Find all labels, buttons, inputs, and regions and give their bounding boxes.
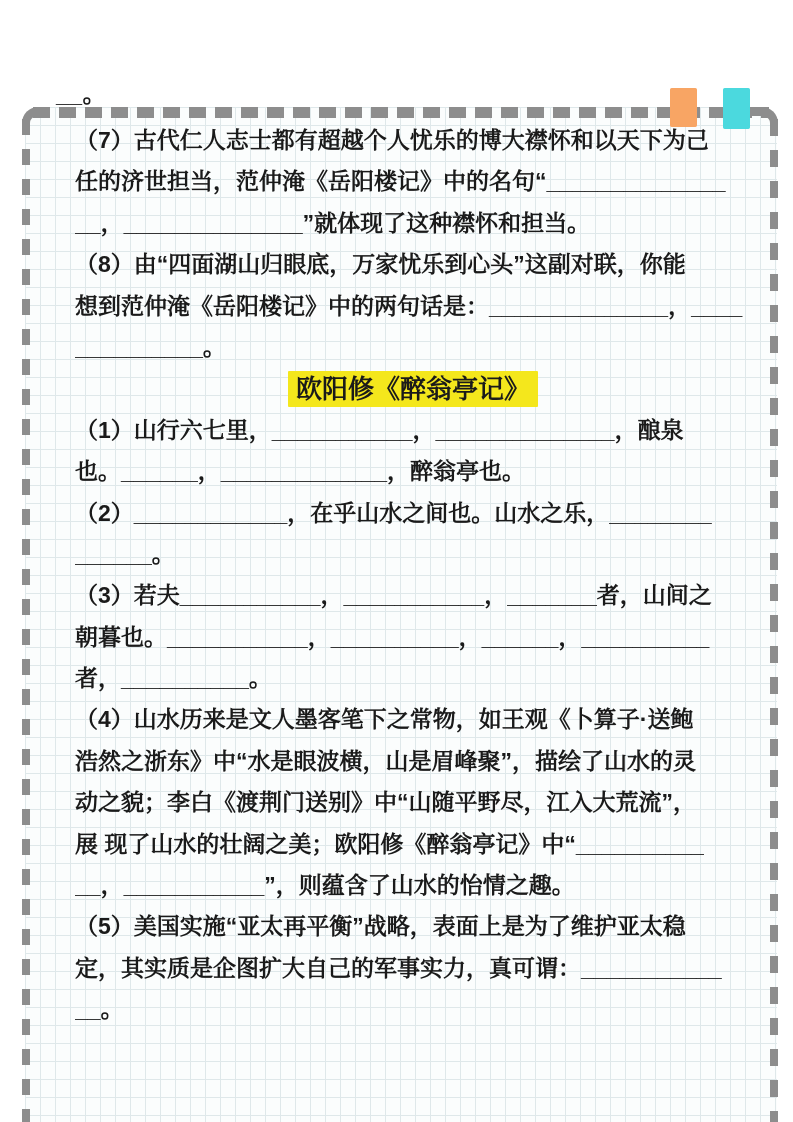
item-7-line-2: 任的济世担当，范仲淹《岳阳楼记》中的名句“______________ [75,161,751,202]
item-1-line-1: （1）山行六七里，___________，______________，酿泉 [75,410,751,451]
item-8-line-1: （8）由“四面湖山归眼底，万家忧乐到心头”这副对联，你能 [75,244,751,285]
item-5-line-1: （5）美国实施“亚太再平衡”战略，表面上是为了维护亚太稳 [75,906,751,947]
dashed-border-right [770,119,778,1122]
item-3-line-2: 朝暮也。___________，__________，______，______… [75,617,751,658]
previous-item-partial-line: __。 [56,76,106,109]
section-title-row: 欧阳修《醉翁亭记》 [75,368,751,409]
item-8-line-2: 想到范仲淹《岳阳楼记》中的两句话是：______________，____ [75,286,751,327]
item-5-line-2: 定，其实质是企图扩大自己的军事实力，真可谓：___________ [75,948,751,989]
item-7-line-3: __，______________”就体现了这种襟怀和担当。 [75,203,751,244]
item-4-line-1: （4）山水历来是文人墨客笔下之常物，如王观《卜算子·送鲍 [75,699,751,740]
item-4-line-5: __，___________”，则蕴含了山水的怡情之趣。 [75,865,751,906]
item-5-line-3: __。 [75,989,751,1030]
item-7-line-1: （7）古代仁人志士都有超越个人忧乐的博大襟怀和以天下为己 [75,120,751,161]
worksheet-page: __。 （7）古代仁人志士都有超越个人忧乐的博大襟怀和以天下为己 任的济世担当，… [0,0,793,1122]
worksheet-content: （7）古代仁人志士都有超越个人忧乐的博大襟怀和以天下为己 任的济世担当，范仲淹《… [75,120,751,1031]
item-3-line-3: 者，__________。 [75,658,751,699]
orange-sticky-tab [670,88,697,127]
item-4-line-3: 动之貌；李白《渡荆门送别》中“山随平野尽，江入大荒流”， [75,782,751,823]
item-8-line-3: __________。 [75,327,751,368]
item-1-line-2: 也。______，_____________，醉翁亭也。 [75,451,751,492]
item-4-line-2: 浩然之浙东》中“水是眼波横，山是眉峰聚”，描绘了山水的灵 [75,741,751,782]
dashed-border-top [33,107,769,118]
item-2-line-1: （2）____________，在乎山水之间也。山水之乐，________ [75,493,751,534]
rounded-corner-top-right [752,107,778,134]
item-4-line-4: 展 现了山水的壮阔之美；欧阳修《醉翁亭记》中“__________ [75,824,751,865]
item-2-line-2: ______。 [75,534,751,575]
section-title-zuiwengtingji: 欧阳修《醉翁亭记》 [288,371,538,407]
item-3-line-1: （3）若夫___________，___________，_______者，山间… [75,575,751,616]
dashed-border-left [22,119,30,1122]
rounded-corner-top-left [22,107,48,134]
cyan-sticky-tab [723,88,750,129]
grid-paper-card: （7）古代仁人志士都有超越个人忧乐的博大襟怀和以天下为己 任的济世担当，范仲淹《… [25,107,777,1122]
